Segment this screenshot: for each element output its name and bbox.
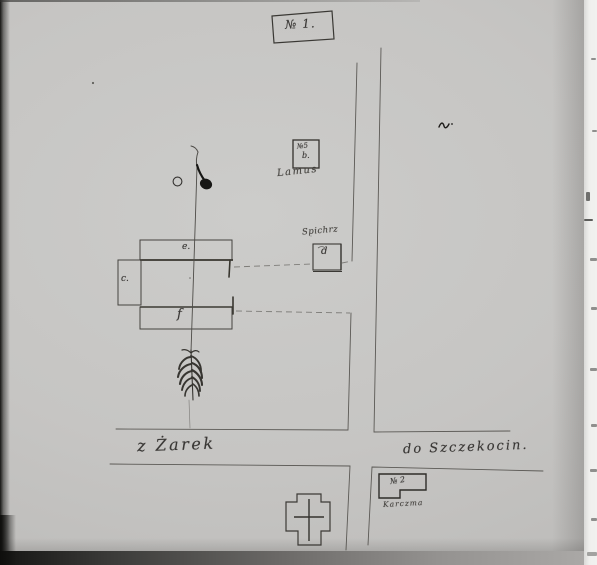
farm-top-wing-letter: e. (182, 243, 190, 252)
paper-specks (92, 82, 312, 237)
photographed-plan: № 1. №5 b. Lamus Spichrz d e. c. f № 2 K… (0, 0, 597, 565)
film-edge-mark (587, 552, 597, 556)
farm-bottom-wing-letter: f (177, 308, 182, 321)
lamus-letter-label: b. (302, 152, 310, 160)
film-edge-left (0, 0, 10, 565)
ink-blot-mark (197, 165, 214, 191)
lamus-number-label: №5 (297, 142, 309, 150)
film-edge-mark (586, 192, 590, 201)
film-edge-top (0, 0, 420, 2)
karczma-name-label: Karczma (383, 499, 424, 509)
film-edge-mark (591, 424, 597, 427)
plan-drawing (0, 0, 597, 565)
film-edge-bottom (0, 551, 584, 565)
film-edge-strip (584, 0, 597, 565)
spichrz-letter-label: d (321, 247, 327, 257)
farmstead-buildings (118, 240, 233, 329)
circle-mark (173, 177, 182, 186)
film-edge-mark (591, 307, 597, 310)
road-network (110, 48, 543, 550)
film-edge-mark (584, 219, 593, 221)
farm-left-wing-letter: c. (121, 275, 129, 284)
bird-squiggle-mark (439, 123, 453, 128)
film-edge-mark (592, 130, 597, 132)
road-west-destination-label: z Żarek (137, 436, 216, 455)
gate-posts (229, 260, 233, 314)
film-edge-mark (590, 368, 597, 371)
plan-number-label: № 1. (285, 17, 316, 31)
film-edge-mark (590, 258, 597, 261)
spichrz-building (313, 244, 342, 272)
plant-sprig-symbol (178, 350, 202, 400)
film-edge-mark (590, 469, 597, 472)
photo-right-vignette (552, 0, 584, 565)
film-corner-bottom-left (0, 515, 16, 565)
film-edge-mark (591, 58, 596, 60)
fence-dashed-lines (234, 261, 352, 313)
film-edge-mark (591, 518, 597, 521)
